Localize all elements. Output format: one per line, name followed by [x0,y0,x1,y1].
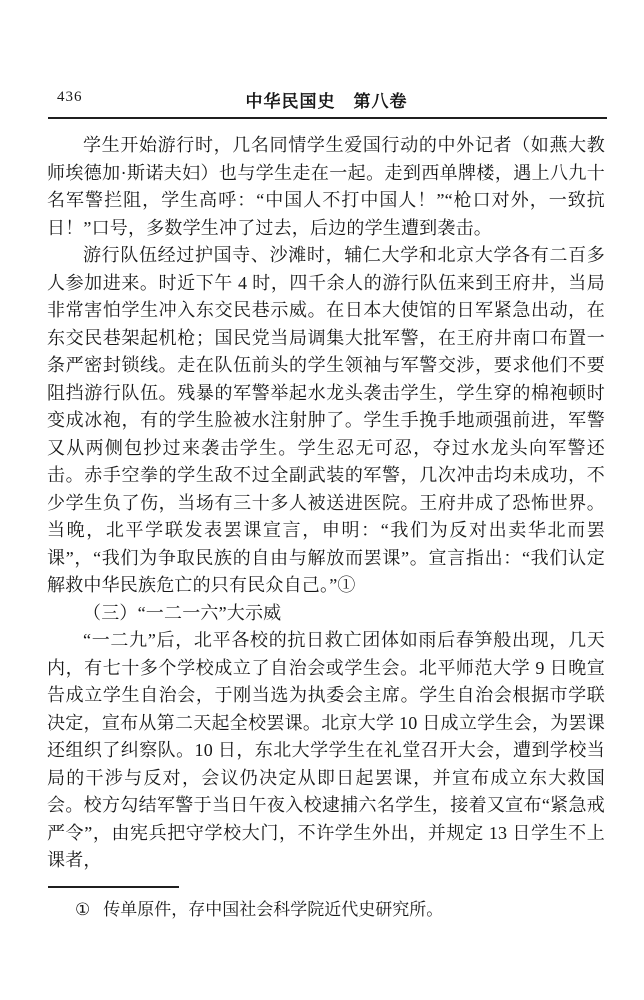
section-heading: （三）“一二一六”大示威 [47,600,605,628]
paragraph-2: 游行队伍经过护国寺、沙滩时，辅仁大学和北京大学各有二百多人参加进来。时近下午 4… [47,242,605,600]
paragraph-1: 学生开始游行时，几名同情学生爱国行动的中外记者（如燕大教师埃德加·斯诺夫妇）也与… [47,132,605,242]
book-title: 中华民国史 第八卷 [47,87,606,112]
header-rule [48,117,607,119]
footnote-text: 传单原件，存中国社会科学院近代史研究所。 [103,900,443,919]
footnote-marker: ① [75,900,90,919]
book-page: 436 中华民国史 第八卷 学生开始游行时，几名同情学生爱国行动的中外记者（如燕… [0,0,644,1000]
footnote: ①传单原件，存中国社会科学院近代史研究所。 [75,897,600,923]
paragraph-3: “一二九”后，北平各校的抗日救亡团体如雨后春笋般出现，几天内，有七十多个学校成立… [47,627,605,875]
page-body: 学生开始游行时，几名同情学生爱国行动的中外记者（如燕大教师埃德加·斯诺夫妇）也与… [47,132,605,875]
footnote-rule [48,886,179,888]
page-header: 436 中华民国史 第八卷 [47,87,606,109]
